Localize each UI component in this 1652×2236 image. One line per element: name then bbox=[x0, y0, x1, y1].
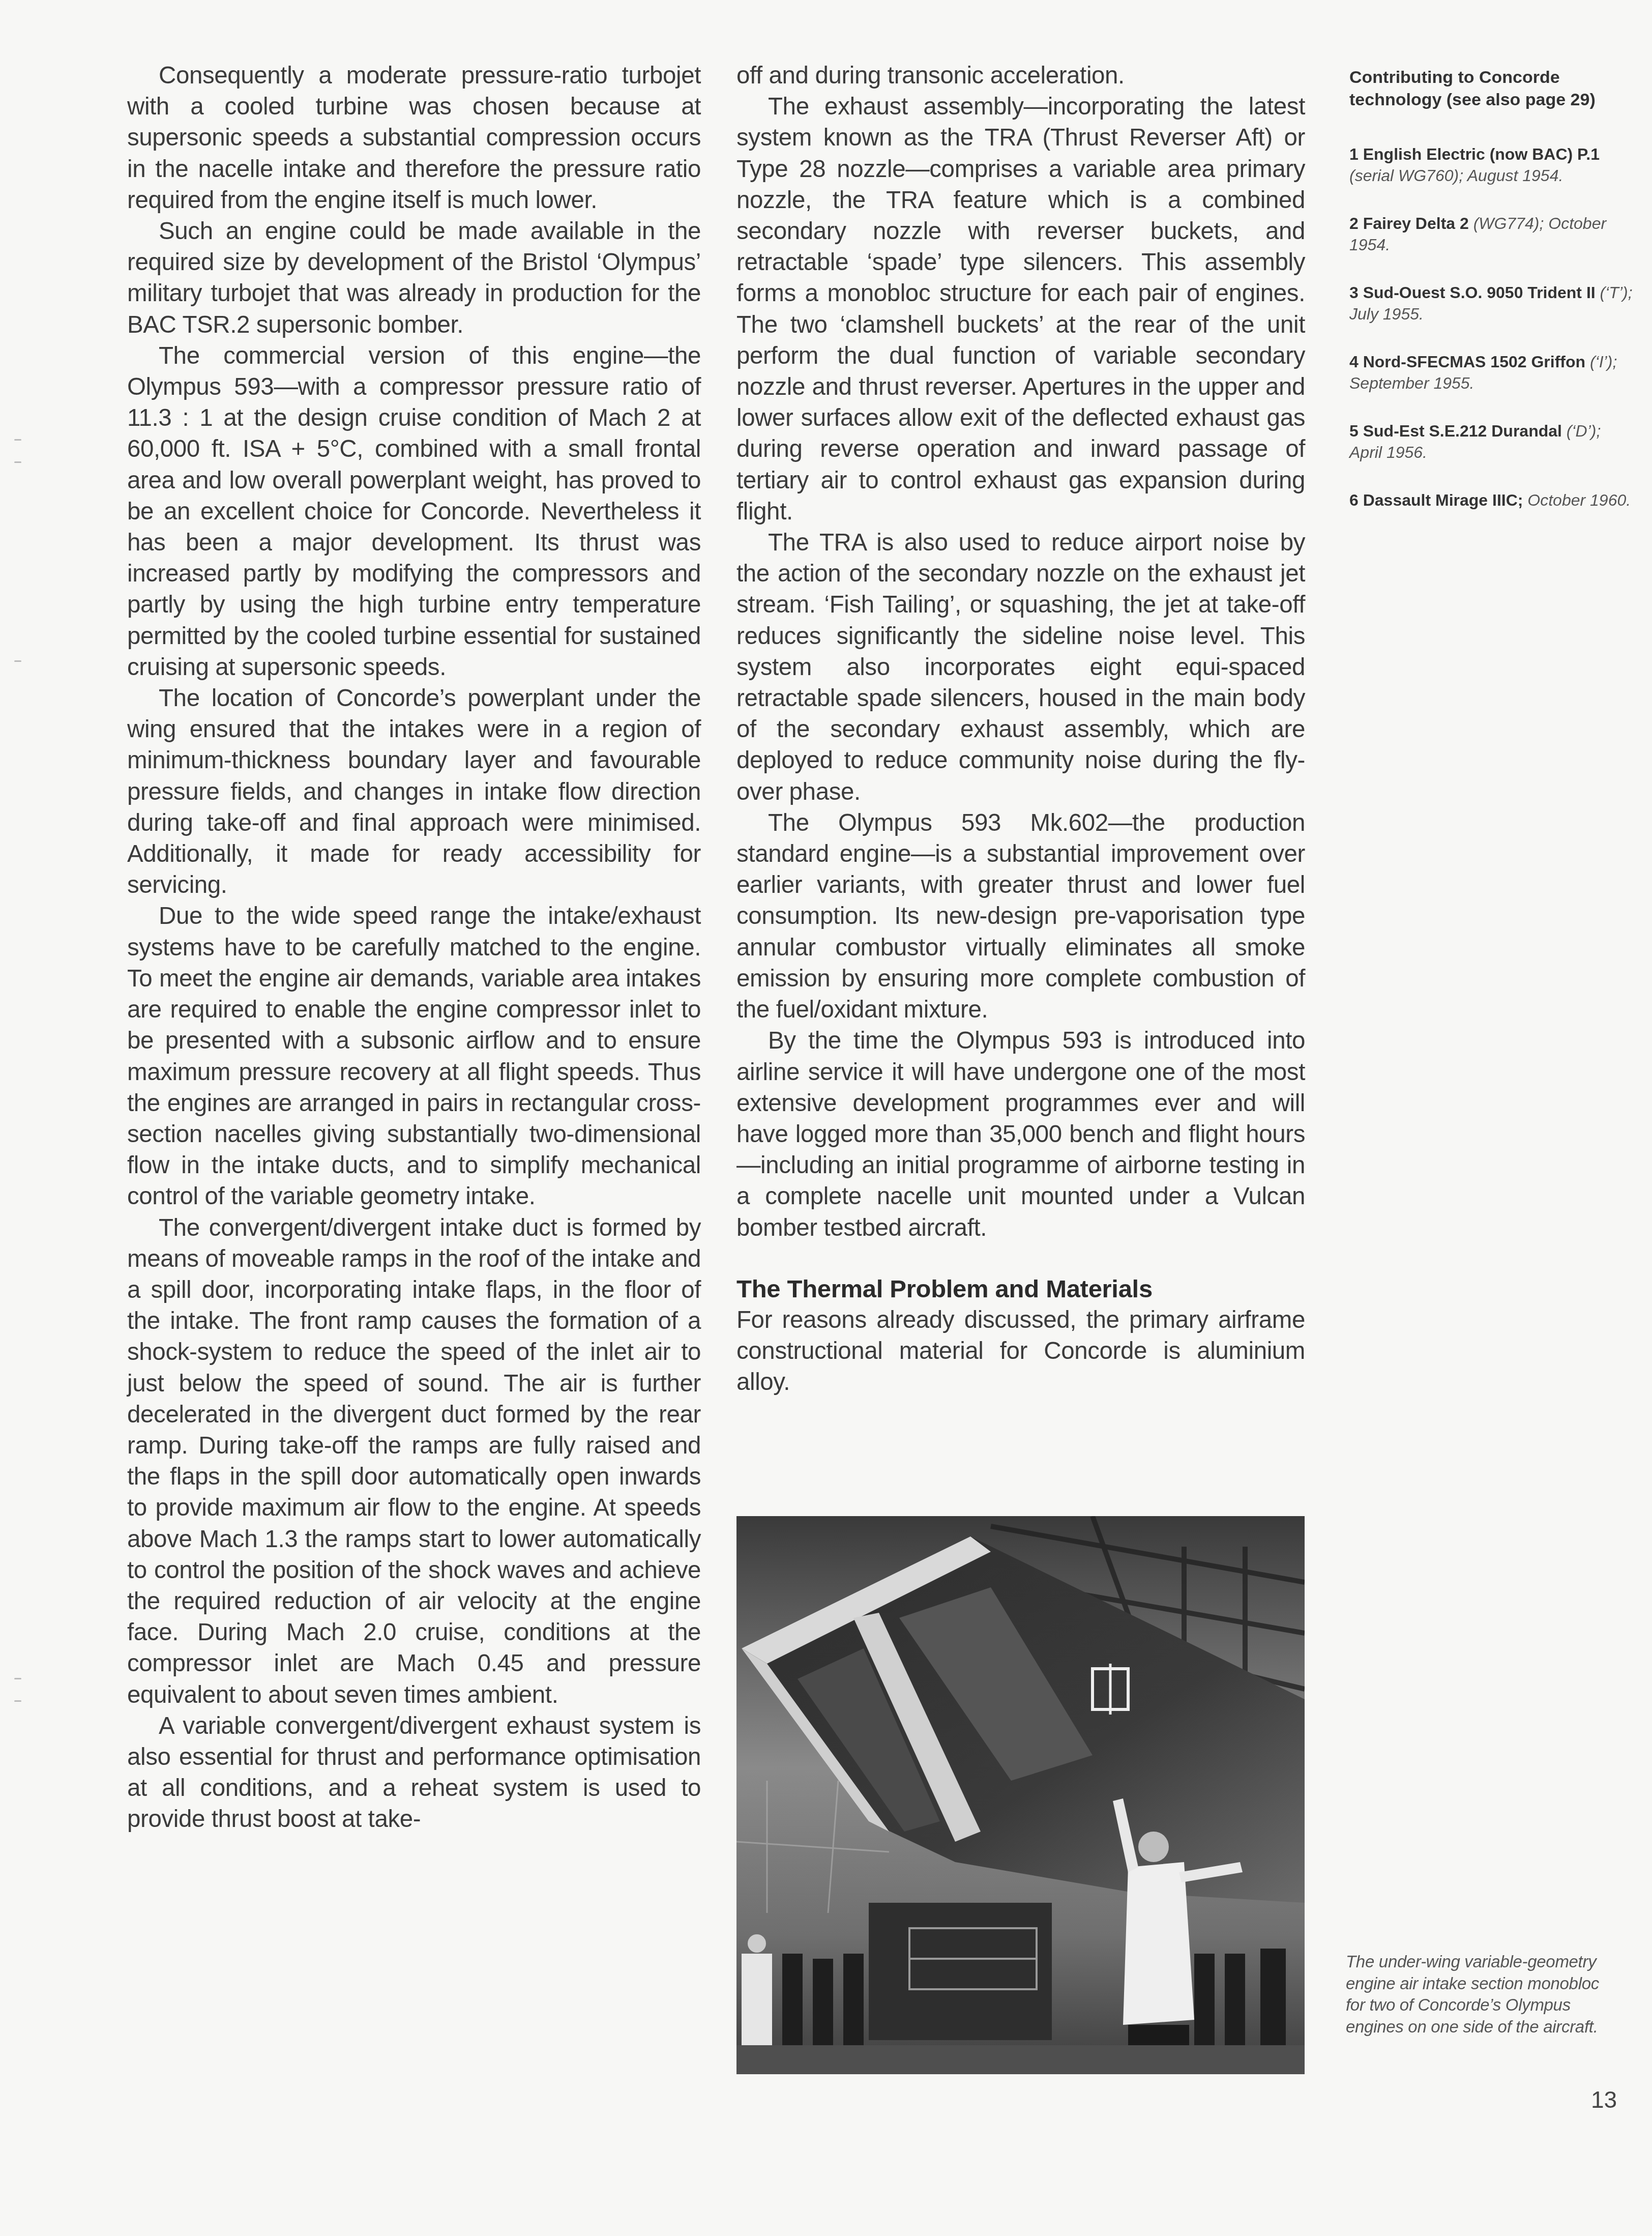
left-text-column: Consequently a moderate pressure-ratio t… bbox=[127, 60, 701, 1835]
sidebar-item-number: 1 bbox=[1349, 145, 1359, 163]
sidebar-item-number: 5 bbox=[1349, 422, 1359, 440]
sidebar-title: Contributing to Concorde technology (see… bbox=[1349, 66, 1634, 111]
paragraph: For reasons already discussed, the prima… bbox=[736, 1304, 1305, 1398]
engine-intake-photo bbox=[736, 1516, 1305, 2074]
sidebar-item-number: 6 bbox=[1349, 491, 1359, 509]
sidebar-item: 6 Dassault Mirage IIIC; October 1960. bbox=[1349, 489, 1634, 511]
sidebar-item: 3 Sud-Ouest S.O. 9050 Trident II (‘T’); … bbox=[1349, 282, 1634, 325]
paragraph: Due to the wide speed range the intake/e… bbox=[127, 901, 701, 1212]
middle-text-column: off and during transonic acceleration. T… bbox=[736, 60, 1305, 1398]
sidebar-item-name: Dassault Mirage IIIC; bbox=[1363, 491, 1523, 509]
section-heading: The Thermal Problem and Materials bbox=[736, 1274, 1305, 1304]
binding-mark bbox=[14, 461, 21, 463]
paragraph: The commercial version of this engine—th… bbox=[127, 340, 701, 683]
sidebar-item: 5 Sud-Est S.E.212 Durandal (‘D’); April … bbox=[1349, 420, 1634, 463]
paragraph: Such an engine could be made available i… bbox=[127, 216, 701, 340]
paragraph: The convergent/divergent intake duct is … bbox=[127, 1212, 701, 1710]
paragraph: Consequently a moderate pressure-ratio t… bbox=[127, 60, 701, 216]
sidebar-item-name: English Electric (now BAC) P.1 bbox=[1363, 145, 1600, 163]
paragraph: By the time the Olympus 593 is introduce… bbox=[736, 1025, 1305, 1243]
sidebar-item-number: 2 bbox=[1349, 214, 1359, 233]
sidebar-item-number: 3 bbox=[1349, 283, 1359, 302]
binding-mark bbox=[14, 1700, 21, 1702]
photo-caption: The under-wing variable-geometry engine … bbox=[1346, 1951, 1610, 2038]
photo-illustration bbox=[736, 1516, 1305, 2074]
sidebar-item: 4 Nord-SFECMAS 1502 Griffon (‘I’); Septe… bbox=[1349, 351, 1634, 394]
paragraph: The location of Concorde’s powerplant un… bbox=[127, 683, 701, 901]
binding-mark bbox=[14, 1678, 21, 1679]
sidebar-item: 1 English Electric (now BAC) P.1 (serial… bbox=[1349, 143, 1634, 186]
sidebar-item-name: Sud-Est S.E.212 Durandal bbox=[1363, 422, 1562, 440]
sidebar-item-detail: (serial WG760); August 1954. bbox=[1349, 166, 1563, 185]
sidebar-item: 2 Fairey Delta 2 (WG774); October 1954. bbox=[1349, 213, 1634, 255]
sidebar-item-detail: October 1960. bbox=[1527, 491, 1631, 509]
sidebar-item-name: Sud-Ouest S.O. 9050 Trident II bbox=[1363, 283, 1596, 302]
paragraph: A variable convergent/divergent exhaust … bbox=[127, 1710, 701, 1835]
page-number: 13 bbox=[1591, 2086, 1617, 2113]
binding-mark bbox=[14, 439, 21, 441]
paragraph: off and during transonic acceleration. bbox=[736, 60, 1305, 91]
sidebar-item-number: 4 bbox=[1349, 353, 1359, 371]
sidebar-item-name: Nord-SFECMAS 1502 Griffon bbox=[1363, 353, 1585, 371]
paragraph: The exhaust assembly—incorporating the l… bbox=[736, 91, 1305, 527]
paragraph: The TRA is also used to reduce airport n… bbox=[736, 527, 1305, 807]
document-page: Consequently a moderate pressure-ratio t… bbox=[0, 0, 1652, 2236]
binding-mark bbox=[14, 660, 21, 662]
paragraph: The Olympus 593 Mk.602—the production st… bbox=[736, 807, 1305, 1025]
sidebar-item-name: Fairey Delta 2 bbox=[1363, 214, 1469, 233]
sidebar-aircraft-list: Contributing to Concorde technology (see… bbox=[1349, 66, 1634, 537]
